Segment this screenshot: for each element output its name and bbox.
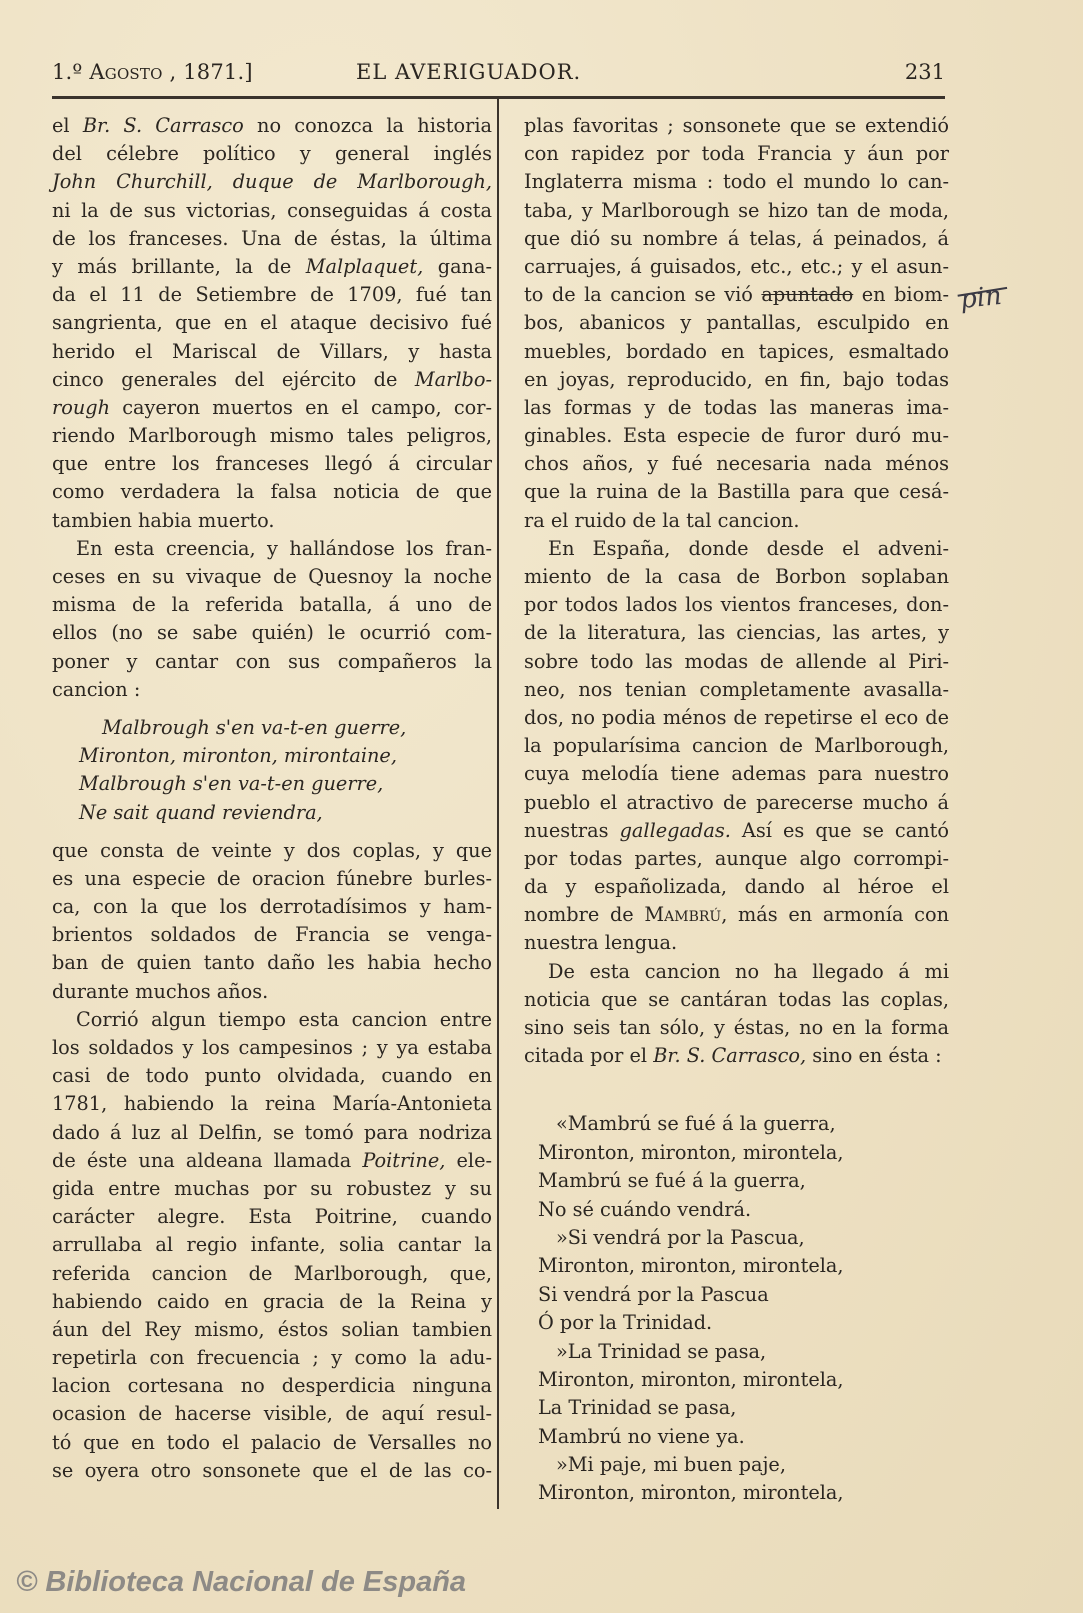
text-line: plas favoritas ; sonsonete que se extend… [524, 112, 949, 140]
text-line: repetirla con frecuencia ; y como la adu… [52, 1344, 492, 1372]
verse-line: Ne sait quand reviendra, [52, 799, 492, 827]
text-line: John Churchill, duque de Marlborough, [52, 168, 492, 196]
text-line: nuestras gallegadas. Así es que se cantó [524, 817, 949, 845]
text-line: noticia que se cantáran todas las coplas… [524, 986, 949, 1014]
verse-line: Mironton, mironton, mirontaine, [52, 742, 492, 770]
right-column: plas favoritas ; sonsonete que se extend… [524, 112, 949, 1508]
text-line: lacion cortesana no desperdicia ninguna [52, 1372, 492, 1400]
left-column: el Br. S. Carrasco no conozca la histori… [52, 112, 492, 1485]
text-line: bos, abanicos y pantallas, esculpido en [524, 309, 949, 337]
paragraph: Corrió algun tiempo esta cancion entrelo… [52, 1006, 492, 1485]
text-line: nuestra lengua. [524, 929, 949, 957]
paragraph: En España, donde desde el adveni-miento … [524, 535, 949, 958]
text-line: durante muchos años. [52, 978, 492, 1006]
paragraph: De esta cancion no ha llegado á minotici… [524, 958, 949, 1071]
text-line: por todas partes, aunque algo corrompi- [524, 845, 949, 873]
song-line: »Mi paje, mi buen paje, [524, 1451, 949, 1479]
text-line: misma de la referida batalla, á uno de [52, 591, 492, 619]
text-line: ellos (no se sabe quién) le ocurrió com- [52, 619, 492, 647]
text-line: taba, y Marlborough se hizo tan de moda, [524, 197, 949, 225]
song-line: Mambrú no viene ya. [524, 1423, 949, 1451]
text-line: de la literatura, las ciencias, las arte… [524, 619, 949, 647]
text-line: 1781, habiendo la reina María-Antonieta [52, 1090, 492, 1118]
text-line: es una especie de oracion fúnebre burles… [52, 865, 492, 893]
text-line: tambien habia muerto. [52, 507, 492, 535]
song-line: Si vendrá por la Pascua [524, 1281, 949, 1309]
text-line: cancion : [52, 676, 492, 704]
text-line: las formas y de todas las maneras ima- [524, 394, 949, 422]
text-line: En esta creencia, y hallándose los fran- [52, 535, 492, 563]
song-line: «Mambrú se fué á la guerra, [524, 1110, 949, 1138]
song-line: »La Trinidad se pasa, [524, 1338, 949, 1366]
text-line: tó que en todo el palacio de Versalles n… [52, 1429, 492, 1457]
text-line: por todos lados los vientos franceses, d… [524, 591, 949, 619]
paragraph: En esta creencia, y hallándose los fran-… [52, 535, 492, 704]
song-line: Mironton, mironton, mirontela, [524, 1139, 949, 1167]
paragraph: el Br. S. Carrasco no conozca la histori… [52, 112, 492, 535]
text-line: cinco generales del ejército de Marlbo- [52, 366, 492, 394]
text-line: cuya melodía tiene ademas para nuestro [524, 760, 949, 788]
song-line: Mironton, mironton, mirontela, [524, 1366, 949, 1394]
text-line: miento de la casa de Borbon soplaban [524, 563, 949, 591]
text-line: áun del Rey mismo, éstos solian tambien [52, 1316, 492, 1344]
page-number: 231 [905, 60, 945, 84]
text-line: como verdadera la falsa noticia de que [52, 478, 492, 506]
text-line: que dió su nombre á telas, á peinados, á [524, 225, 949, 253]
text-line: los soldados y los campesinos ; y ya est… [52, 1034, 492, 1062]
text-line: sino seis tan sólo, y éstas, no en la fo… [524, 1014, 949, 1042]
text-line: con rapidez por toda Francia y áun por [524, 140, 949, 168]
issue-date: 1.º Agosto , 1871.] [52, 60, 253, 84]
text-line: habiendo caido en gracia de la Reina y [52, 1288, 492, 1316]
text-line: arrullaba al regio infante, solia cantar… [52, 1231, 492, 1259]
text-line: dos, no podia ménos de repetirse el eco … [524, 704, 949, 732]
text-line: brientos soldados de Francia se venga- [52, 921, 492, 949]
song-line: »Si vendrá por la Pascua, [524, 1224, 949, 1252]
text-line: ginables. Esta especie de furor duró mu- [524, 422, 949, 450]
song-line: Mironton, mironton, mirontela, [524, 1479, 949, 1507]
text-line: carácter alegre. Esta Poitrine, cuando [52, 1203, 492, 1231]
publication-title: EL AVERIGUADOR. [356, 60, 581, 84]
verse-line: Malbrough s'en va-t-en guerre, [52, 714, 492, 742]
paragraph: que consta de veinte y dos coplas, y que… [52, 837, 492, 1006]
text-line: riendo Marlborough mismo tales peligros, [52, 422, 492, 450]
text-line: que consta de veinte y dos coplas, y que [52, 837, 492, 865]
text-line: de los franceses. Una de éstas, la últim… [52, 225, 492, 253]
text-line: que la ruina de la Bastilla para que ces… [524, 478, 949, 506]
text-line: chos años, y fué necesaria nada ménos [524, 450, 949, 478]
text-line: ceses en su vivaque de Quesnoy la noche [52, 563, 492, 591]
text-line: gida entre muchas por su robustez y su [52, 1175, 492, 1203]
text-line: carruajes, á guisados, etc., etc.; y el … [524, 253, 949, 281]
text-line: ra el ruido de la tal cancion. [524, 507, 949, 535]
spanish-song: «Mambrú se fué á la guerra,Mironton, mir… [524, 1110, 949, 1507]
library-watermark: © Biblioteca Nacional de España [16, 1566, 466, 1599]
text-line: que entre los franceses llegó á circular [52, 450, 492, 478]
text-line: muebles, bordado en tapices, esmaltado [524, 338, 949, 366]
text-line: herido el Mariscal de Villars, y hasta [52, 338, 492, 366]
text-line: ni la de sus victorias, conseguidas á co… [52, 197, 492, 225]
text-line: to de la cancion se vió apuntado en biom… [524, 281, 949, 309]
song-line: Mambrú se fué á la guerra, [524, 1167, 949, 1195]
text-line: ca, con la que los derrotadísimos y ham- [52, 893, 492, 921]
text-line: Corrió algun tiempo esta cancion entre [52, 1006, 492, 1034]
text-line: del célebre político y general inglés [52, 140, 492, 168]
text-line: neo, nos tenian completamente avasalla- [524, 676, 949, 704]
text-line: la popularísima cancion de Marlborough, [524, 732, 949, 760]
text-line: dado á luz al Delfin, se tomó para nodri… [52, 1119, 492, 1147]
text-line: pueblo el atractivo de parecerse mucho á [524, 789, 949, 817]
text-line: nombre de Mambrú, más en armonía con [524, 901, 949, 929]
text-line: casi de todo punto olvidada, cuando en [52, 1062, 492, 1090]
column-divider [497, 99, 499, 1509]
running-header: 1.º Agosto , 1871.] EL AVERIGUADOR. 231 [52, 58, 945, 90]
text-line: el Br. S. Carrasco no conozca la histori… [52, 112, 492, 140]
text-line: De esta cancion no ha llegado á mi [524, 958, 949, 986]
text-line: da el 11 de Setiembre de 1709, fué tan [52, 281, 492, 309]
song-line: La Trinidad se pasa, [524, 1394, 949, 1422]
text-line: ban de quien tanto daño les habia hecho [52, 949, 492, 977]
text-line: rough cayeron muertos en el campo, cor- [52, 394, 492, 422]
french-verse: Malbrough s'en va-t-en guerre,Mironton, … [52, 714, 492, 827]
text-line: En España, donde desde el adveni- [524, 535, 949, 563]
text-line: y más brillante, la de Malplaquet, gana- [52, 253, 492, 281]
text-line: de éste una aldeana llamada Poitrine, el… [52, 1147, 492, 1175]
handwritten-margin-note: pin [959, 281, 1004, 315]
song-line: Ó por la Trinidad. [524, 1309, 949, 1337]
paragraph: plas favoritas ; sonsonete que se extend… [524, 112, 949, 535]
text-line: sangrienta, que en el ataque decisivo fu… [52, 309, 492, 337]
text-line: Inglaterra misma : todo el mundo lo can- [524, 168, 949, 196]
text-line: se oyera otro sonsonete que el de las co… [52, 1457, 492, 1485]
text-line: ocasion de hacerse visible, de aquí resu… [52, 1400, 492, 1428]
text-line: citada por el Br. S. Carrasco, sino en é… [524, 1042, 949, 1070]
song-line: No sé cuándo vendrá. [524, 1196, 949, 1224]
verse-line: Malbrough s'en va-t-en guerre, [52, 770, 492, 798]
text-line: da y españolizada, dando al héroe el [524, 873, 949, 901]
text-line: sobre todo las modas de allende al Piri- [524, 648, 949, 676]
song-line: Mironton, mironton, mirontela, [524, 1252, 949, 1280]
text-line: poner y cantar con sus compañeros la [52, 648, 492, 676]
text-line: en joyas, reproducido, en fin, bajo toda… [524, 366, 949, 394]
text-line: referida cancion de Marlborough, que, [52, 1260, 492, 1288]
